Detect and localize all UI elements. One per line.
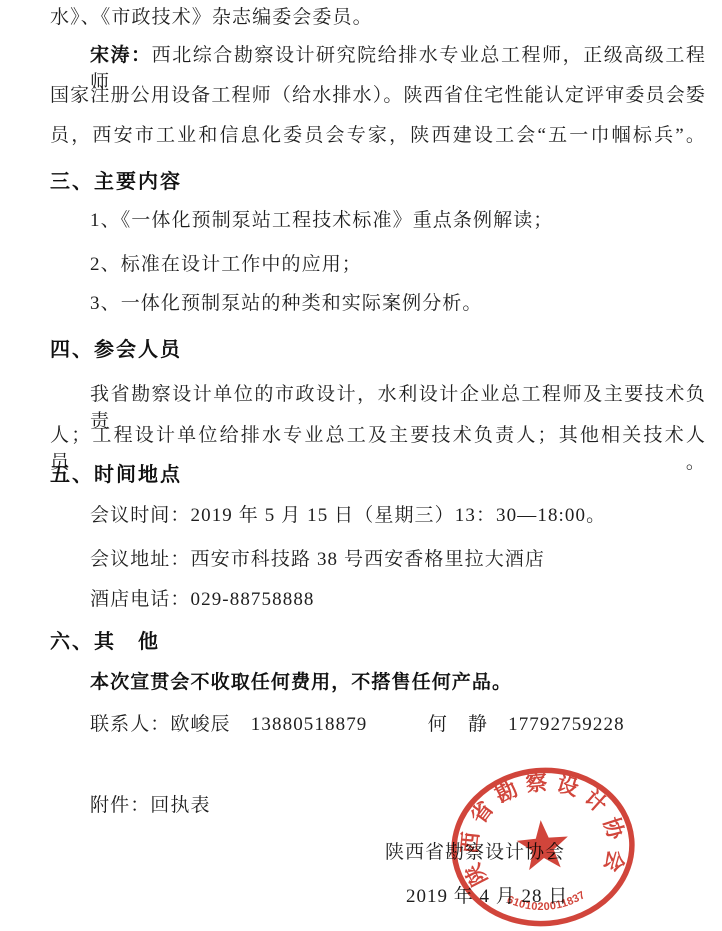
section-heading-participants: 四、参会人员	[50, 337, 706, 364]
body-line: 水》、《市政技术》杂志编委会委员。	[50, 4, 706, 31]
meeting-address: 会议地址：西安市科技路 38 号西安香格里拉大酒店	[50, 546, 706, 573]
svg-text:陕西省勘察设计协会: 陕西省勘察设计协会	[451, 763, 633, 891]
document-page: 水》、《市政技术》杂志编委会委员。 宋涛：西北综合勘察设计研究院给排水专业总工程…	[0, 0, 722, 931]
speaker-name: 宋涛：	[90, 45, 152, 66]
attachment-line: 附件：回执表	[50, 792, 706, 819]
fee-notice: 本次宣贯会不收取任何费用，不搭售任何产品。	[50, 669, 706, 696]
list-item: 1、《一体化预制泵站工程技术标准》重点条例解读；	[50, 207, 706, 234]
list-item: 2、标准在设计工作中的应用；	[50, 251, 706, 278]
section-heading-time-place: 五、时间地点	[50, 462, 706, 489]
signature-org: 陕西省勘察设计协会	[385, 837, 565, 864]
signature-date: 2019 年 4 月 28 日	[406, 881, 568, 908]
contact-line: 联系人：欧峻辰 13880518879 何 静 17792759228	[50, 711, 706, 738]
body-line: 员，西安市工业和信息化委员会专家，陕西建设工会“五一巾帼标兵”。	[50, 122, 706, 149]
hotel-phone: 酒店电话：029-88758888	[50, 586, 706, 613]
meeting-time: 会议时间：2019 年 5 月 15 日（星期三）13：30—18:00。	[50, 502, 706, 529]
section-heading-main-content: 三、主要内容	[50, 169, 706, 196]
list-item: 3、一体化预制泵站的种类和实际案例分析。	[50, 290, 706, 317]
body-line: 国家注册公用设备工程师（给水排水）。陕西省住宅性能认定评审委员会委	[50, 82, 706, 109]
section-heading-other: 六、其 他	[50, 629, 706, 656]
seal-org-text: 陕西省勘察设计协会	[451, 763, 633, 891]
